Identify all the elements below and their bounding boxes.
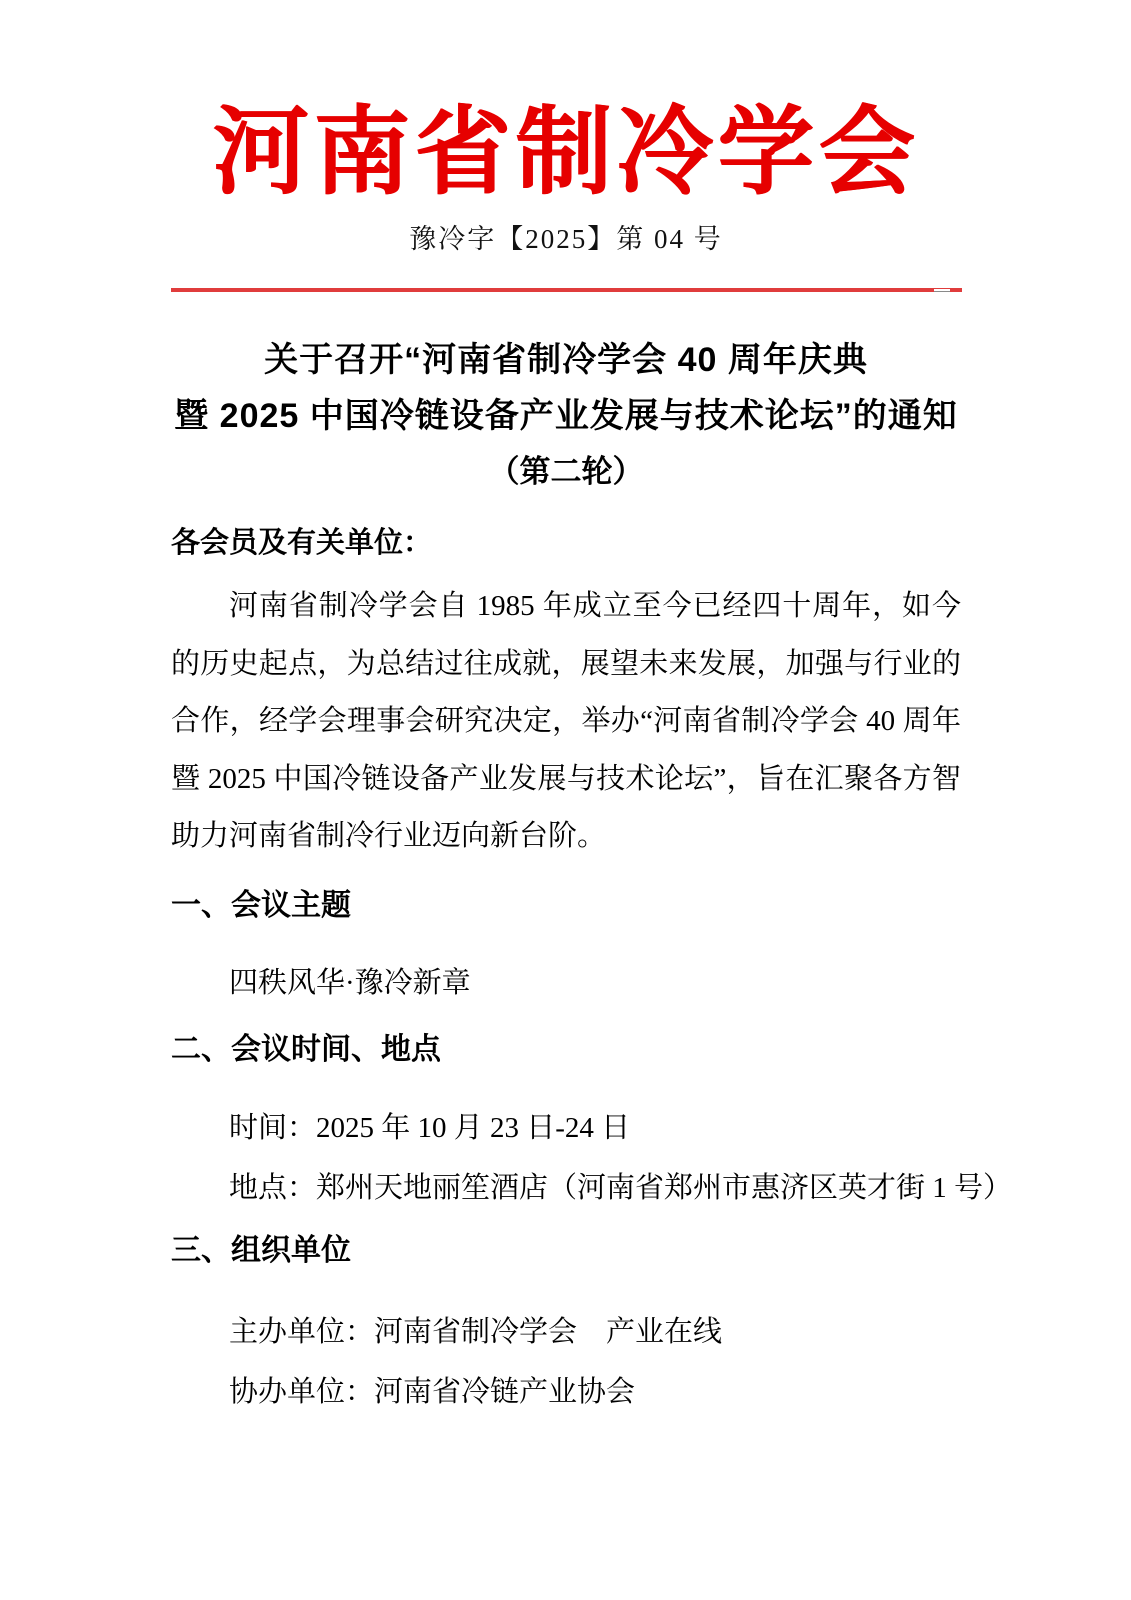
- section-item-time: 时间：2025 年 10 月 23 日-24 日: [171, 1098, 961, 1158]
- intro-paragraph: 河南省制冷学会自 1985 年成立至今已经四十周年，如今站在新 的历史起点，为总…: [171, 578, 961, 866]
- paragraph-line: 暨 2025 中国冷链设备产业发展与技术论坛”，旨在汇聚各方智慧，: [171, 751, 961, 809]
- section-heading: 二、会议时间、地点: [171, 1021, 961, 1079]
- red-divider-rule: [171, 288, 962, 292]
- section-heading: 三、组织单位: [171, 1222, 961, 1280]
- section-item-host: 主办单位：河南省制冷学会 产业在线: [171, 1302, 961, 1362]
- notice-title-line-1: 关于召开“河南省制冷学会 40 周年庆典: [171, 332, 961, 388]
- notice-title: 关于召开“河南省制冷学会 40 周年庆典 暨 2025 中国冷链设备产业发展与技…: [171, 332, 961, 500]
- section-meeting-theme: 一、会议主题 四秩风华·豫冷新章: [171, 877, 961, 1013]
- salutation: 各会员及有关单位：: [171, 514, 961, 572]
- section-item-cohost: 协办单位：河南省冷链产业协会: [171, 1362, 961, 1422]
- paragraph-line: 助力河南省制冷行业迈向新台阶。: [171, 808, 961, 866]
- paragraph-line: 河南省制冷学会自 1985 年成立至今已经四十周年，如今站在新: [171, 578, 961, 636]
- section-time-place: 二、会议时间、地点 时间：2025 年 10 月 23 日-24 日 地点：郑州…: [171, 1021, 961, 1218]
- section-item-place: 地点：郑州天地丽笙酒店（河南省郑州市惠济区英才街 1 号）: [171, 1158, 961, 1218]
- notice-title-round: （第二轮）: [171, 444, 961, 500]
- section-heading: 一、会议主题: [171, 877, 961, 935]
- masthead-title: 河南省制冷学会: [171, 98, 961, 206]
- section-item: 四秩风华·豫冷新章: [171, 953, 961, 1013]
- notice-title-line-2: 暨 2025 中国冷链设备产业发展与技术论坛”的通知: [171, 388, 961, 444]
- section-organizers: 三、组织单位 主办单位：河南省制冷学会 产业在线 协办单位：河南省冷链产业协会: [171, 1222, 961, 1422]
- doc-number: 豫冷字【2025】第 04 号: [171, 222, 961, 256]
- rule-artifact-dash: [934, 289, 950, 292]
- notice-document: 河南省制冷学会 豫冷字【2025】第 04 号 关于召开“河南省制冷学会 40 …: [0, 98, 1131, 1422]
- paragraph-line: 的历史起点，为总结过往成就，展望未来发展，加强与行业的交流与: [171, 636, 961, 694]
- paragraph-line: 合作，经学会理事会研究决定，举办“河南省制冷学会 40 周年庆典: [171, 693, 961, 751]
